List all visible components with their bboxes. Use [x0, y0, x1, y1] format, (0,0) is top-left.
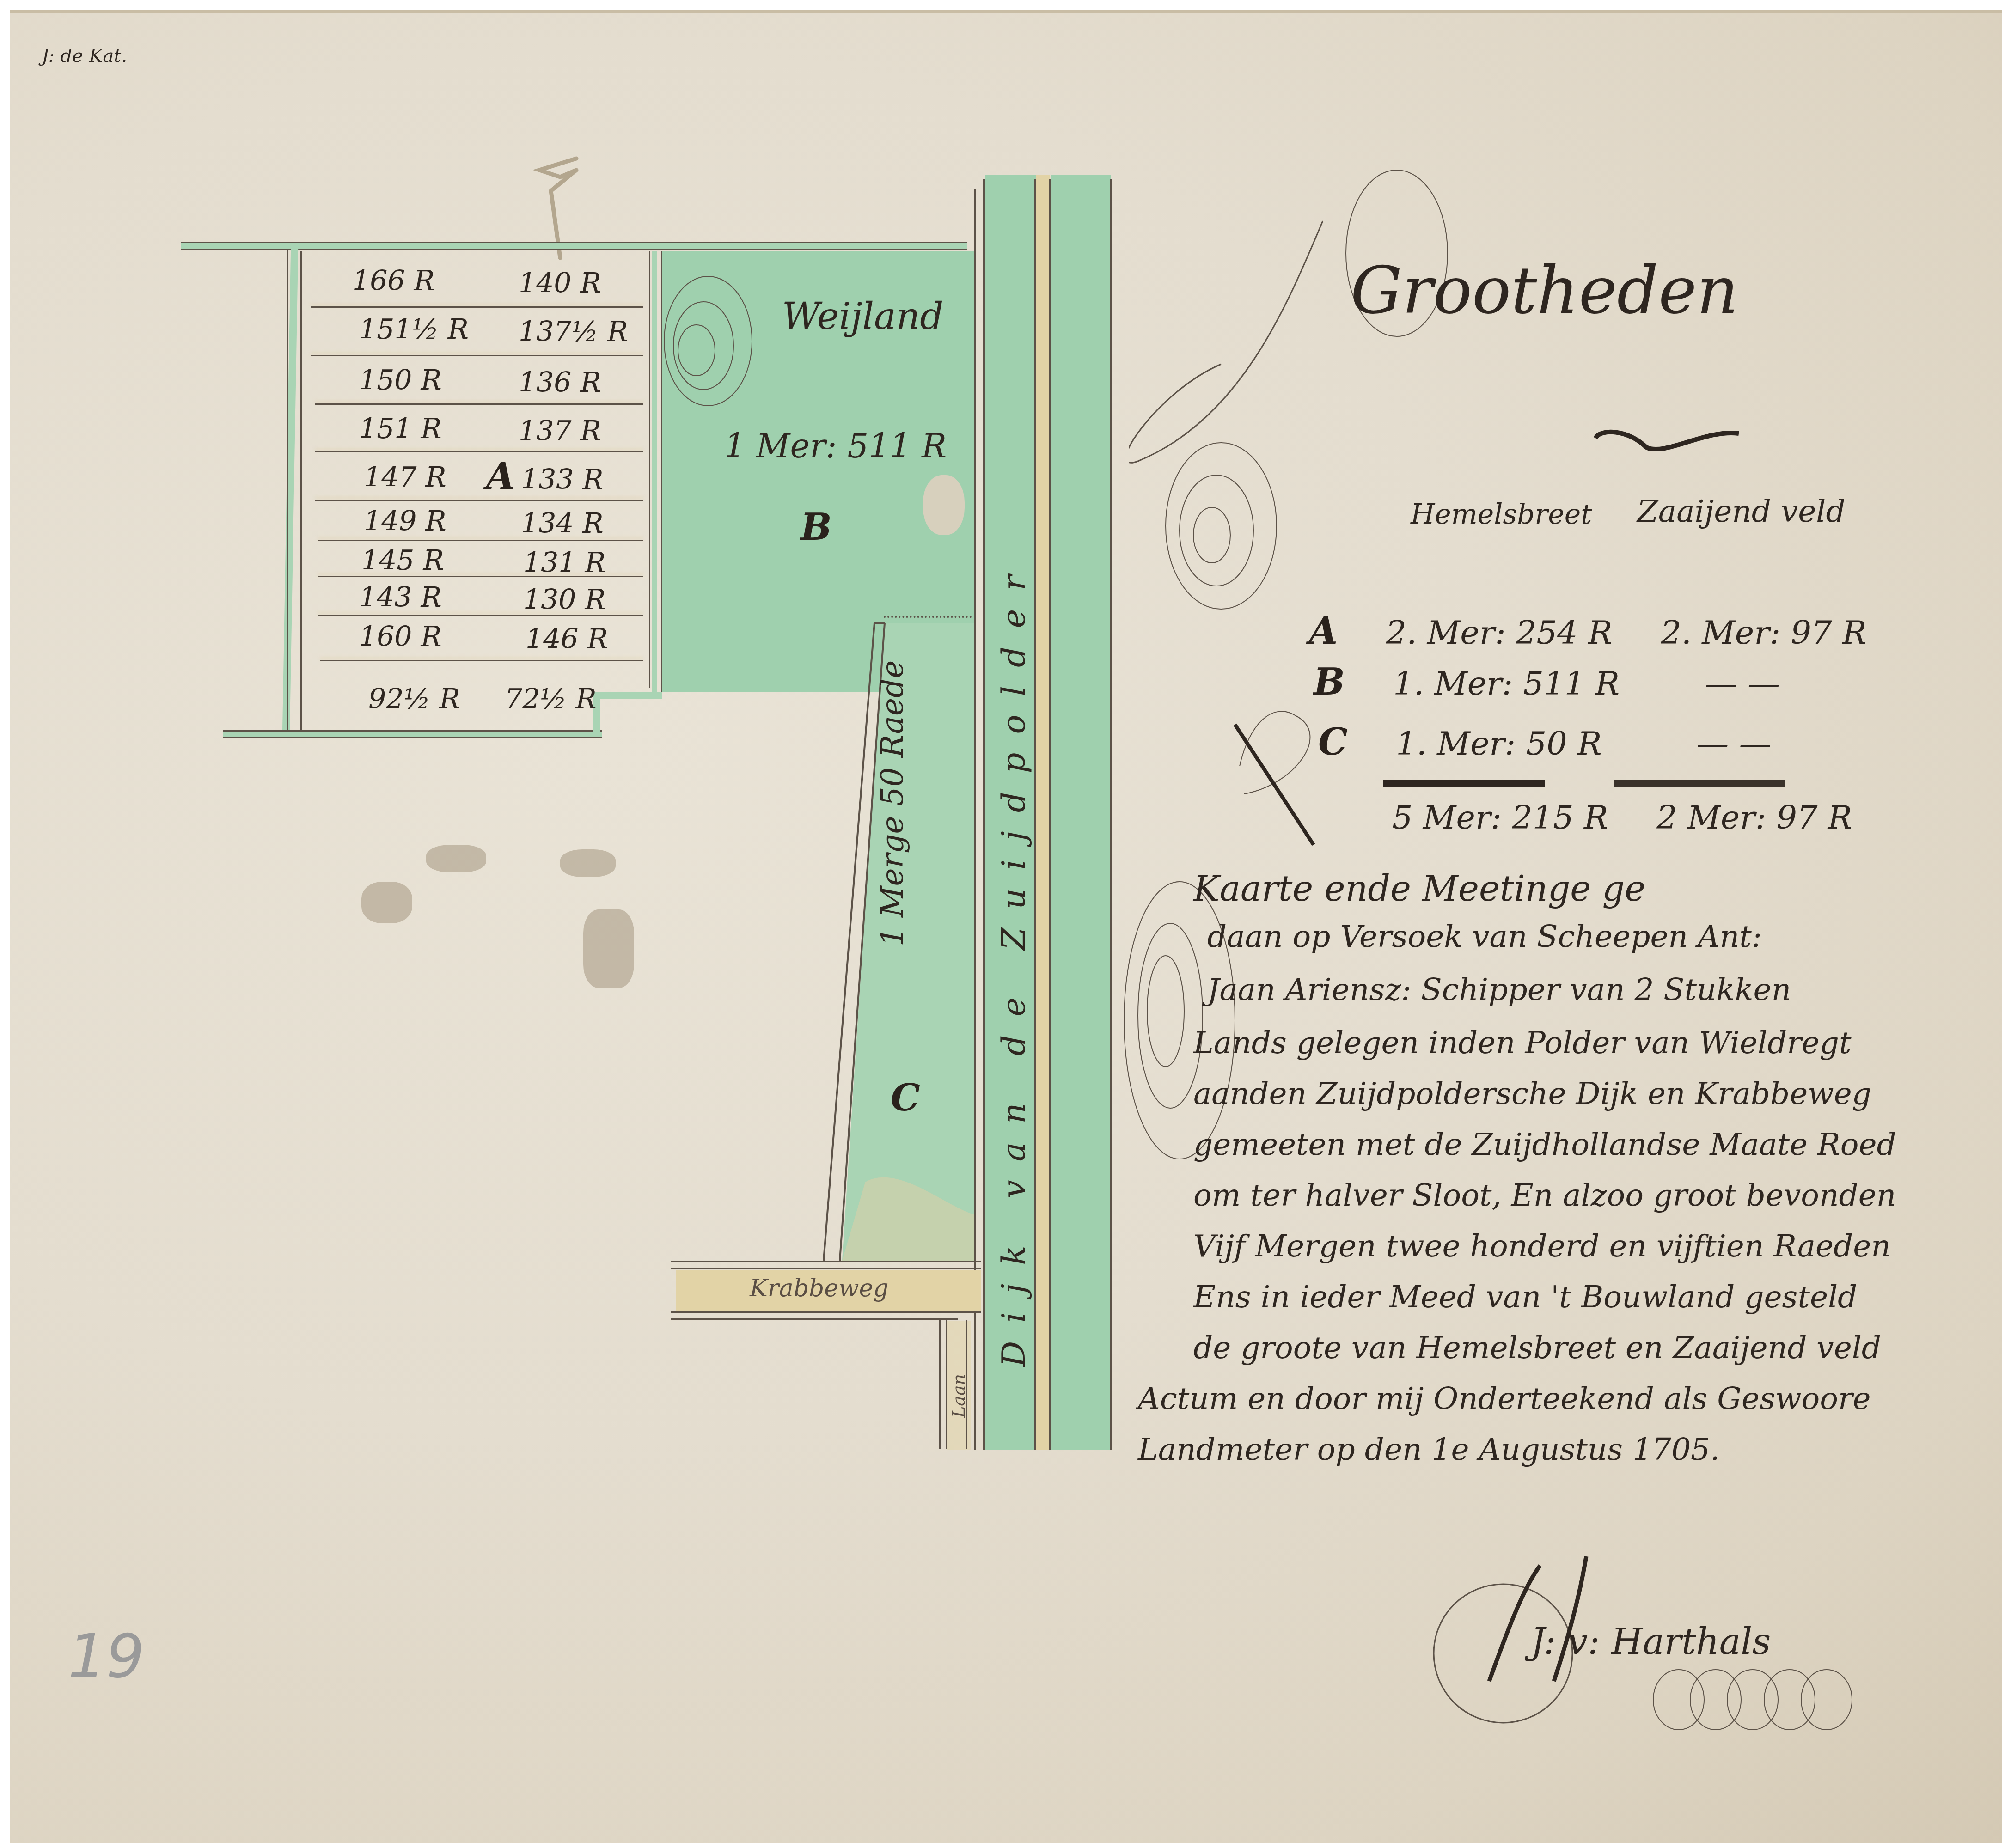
- certificate-line-2: daan op Versoek van Scheepen Ant:: [1207, 919, 1762, 954]
- parcel-a-row-1-right: 140 R: [519, 267, 601, 299]
- parcel-a-row-6-left: 149 R: [364, 505, 446, 537]
- certificate-line-4: Lands gelegen inden Polder van Wieldregt: [1193, 1025, 1852, 1061]
- parcel-a-row-2-right: 137½ R: [519, 316, 628, 348]
- parcel-a-row-7-right: 131 R: [523, 547, 606, 579]
- certificate-line-1: Kaarte ende Meetinge ge: [1193, 868, 1645, 909]
- parcel-a-row-10-left: 92½ R: [368, 683, 460, 715]
- parcel-a-row-2-left: 151½ R: [359, 313, 469, 346]
- legend-column-zaaijend-veld: Zaaijend veld: [1637, 494, 1846, 529]
- parcel-a-row-3-right: 136 R: [519, 366, 601, 399]
- ink-stain: [426, 845, 486, 872]
- parcel-b-title: Weijland: [782, 295, 943, 338]
- parcel-c-label: C: [891, 1076, 920, 1119]
- parcel-a-row-10-right: 72½ R: [505, 683, 597, 715]
- parcel-a-row-6-right: 134 R: [521, 507, 604, 540]
- parcel-a-row-9-left: 160 R: [359, 621, 442, 653]
- ink-stain: [560, 849, 616, 877]
- parcel-a-row-4-left: 151 R: [359, 413, 442, 445]
- ink-stain: [361, 882, 412, 923]
- parcel-b-area: 1 Mer: 511 R: [724, 427, 947, 465]
- dike-crown-road: [1036, 175, 1050, 1450]
- certificate-line-9: Ens in ieder Meed van 't Bouwland gestel…: [1193, 1279, 1857, 1315]
- surveyor-signature: J: v: Harthals: [1531, 1621, 1771, 1663]
- certificate-line-10: de groote van Hemelsbreet en Zaaijend ve…: [1193, 1330, 1881, 1366]
- legend-total: 5 Mer: 215 R 2 Mer: 97 R: [1392, 799, 1852, 836]
- certificate-line-11: Actum en door mij Onderteekend als Geswo…: [1138, 1381, 1871, 1416]
- dike-right-slope: [1051, 175, 1111, 1450]
- legend-row-a: A 2. Mer: 254 R 2. Mer: 97 R: [1309, 609, 1867, 653]
- pencil-folio-number: 19: [68, 1621, 144, 1691]
- parcel-c[interactable]: [657, 614, 981, 1270]
- parcel-a-row-7-left: 145 R: [361, 544, 444, 577]
- parcel-b-label: B: [801, 505, 832, 549]
- corner-note: J: de Kat.: [42, 45, 127, 67]
- legend-row-c: C 1. Mer: 50 R — —: [1318, 720, 1771, 763]
- parcel-a-label: A: [486, 454, 515, 498]
- legend-column-hemelsbreet: Hemelsbreet: [1411, 498, 1592, 531]
- parcel-a[interactable]: 166 R 140 R 151½ R 137½ R 150 R 136 R 15…: [301, 251, 649, 729]
- water-stain: [923, 475, 965, 535]
- left-boundary-ditch: [282, 249, 298, 734]
- legend-row-b: B 1. Mer: 511 R — —: [1314, 660, 1780, 703]
- certificate-line-8: Vijf Mergen twee honderd en vijftien Rae…: [1193, 1228, 1891, 1264]
- parcel-a-row-8-left: 143 R: [359, 581, 442, 614]
- parcel-a-row-8-right: 130 R: [523, 584, 606, 616]
- certificate-line-12: Landmeter op den 1e Augustus 1705.: [1138, 1432, 1720, 1467]
- certificate-line-3: Jaan Ariensz: Schipper van 2 Stukken: [1207, 972, 1791, 1007]
- map-sheet: J: de Kat. 166 R 140 R 151½ R 137½ R 150…: [10, 10, 2002, 1843]
- flourish-icon: [662, 262, 773, 410]
- total-rule-right: [1614, 780, 1785, 787]
- legend-title: Grootheden: [1351, 253, 1738, 329]
- parcel-a-row-5-right: 133 R: [521, 464, 604, 496]
- lane-label: Laan: [948, 1374, 969, 1418]
- parcel-c-area: 1 Merge 50 Raede: [874, 660, 910, 946]
- parcel-a-row-3-left: 150 R: [359, 364, 442, 396]
- ink-stain: [583, 909, 634, 988]
- parcel-a-row-5-left: 147 R: [364, 461, 446, 494]
- road-label: Krabbeweg: [750, 1275, 889, 1302]
- parcel-a-row-9-right: 146 R: [526, 623, 608, 655]
- parcel-a-row-1-left: 166 R: [352, 265, 435, 297]
- parcel-a-row-4-right: 137 R: [519, 415, 601, 447]
- dike-label: Dijk van de Zuijdpolder: [995, 556, 1033, 1367]
- certificate-line-5: aanden Zuijdpoldersche Dijk en Krabbeweg: [1193, 1076, 1871, 1111]
- total-rule-left: [1383, 780, 1545, 787]
- certificate-line-7: om ter halver Sloot, En alzoo groot bevo…: [1193, 1177, 1896, 1213]
- certificate-line-6: gemeeten met de Zuijdhollandse Maate Roe…: [1193, 1127, 1896, 1162]
